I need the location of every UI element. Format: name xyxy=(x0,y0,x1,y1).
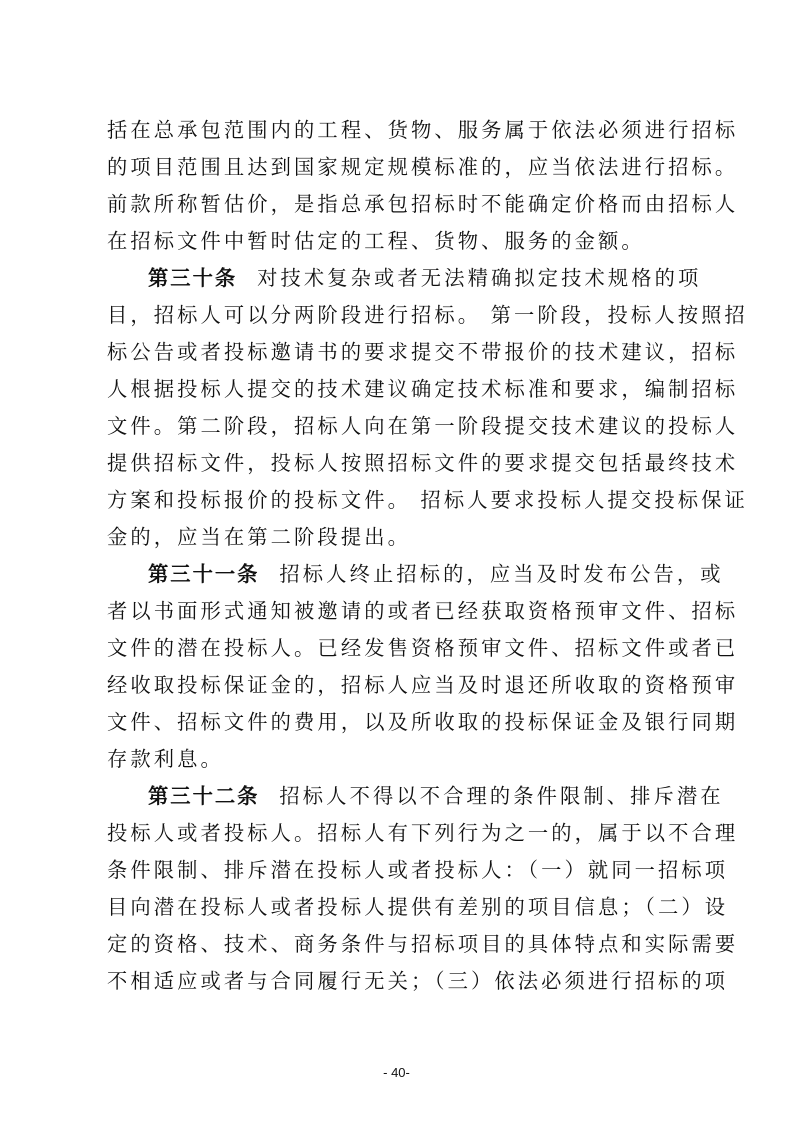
text-line: 括在总承包范围内的工程、货物、服务属于依法必须进行招标 xyxy=(107,112,691,149)
text-line: 存款利息。 xyxy=(107,741,691,778)
article-heading: 第三十一条 xyxy=(148,562,259,586)
article-text: 招标人不得以不合理的条件限制、排斥潜在 xyxy=(279,784,723,808)
article-first-line: 第三十二条招标人不得以不合理的条件限制、排斥潜在 xyxy=(107,778,691,815)
text-line: 条件限制、排斥潜在投标人或者投标人：（一）就同一招标项 xyxy=(107,852,691,889)
article-heading: 第三十二条 xyxy=(148,784,259,808)
text-line: 投标人或者投标人。招标人有下列行为之一的，属于以不合理 xyxy=(107,815,691,852)
article-heading: 第三十条 xyxy=(148,266,237,290)
text-line: 定的资格、技术、商务条件与招标项目的具体特点和实际需要 xyxy=(107,926,691,963)
article-text: 对技术复杂或者无法精确拟定技术规格的项 xyxy=(257,266,701,290)
text-line: 提供招标文件，投标人按照招标文件的要求提交包括最终技术 xyxy=(107,445,691,482)
text-line: 文件、招标文件的费用，以及所收取的投标保证金及银行同期 xyxy=(107,704,691,741)
text-line: 文件的潜在投标人。已经发售资格预审文件、招标文件或者已 xyxy=(107,630,691,667)
text-line: 不相适应或者与合同履行无关；（三）依法必须进行招标的项 xyxy=(107,963,691,1000)
text-line: 在招标文件中暂时估定的工程、货物、服务的金额。 xyxy=(107,223,691,260)
text-line: 金的，应当在第二阶段提出。 xyxy=(107,519,691,556)
text-line: 标公告或者投标邀请书的要求提交不带报价的技术建议，招标 xyxy=(107,334,691,371)
text-line: 文件。第二阶段，招标人向在第一阶段提交技术建议的投标人 xyxy=(107,408,691,445)
text-line: 方案和投标报价的投标文件。 招标人要求投标人提交投标保证 xyxy=(107,482,691,519)
document-body: 括在总承包范围内的工程、货物、服务属于依法必须进行招标 的项目范围且达到国家规定… xyxy=(107,112,691,1000)
text-line: 前款所称暂估价，是指总承包招标时不能确定价格而由招标人 xyxy=(107,186,691,223)
article-text: 招标人终止招标的，应当及时发布公告，或 xyxy=(279,562,723,586)
text-line: 目向潜在投标人或者投标人提供有差别的项目信息；（二）设 xyxy=(107,889,691,926)
text-line: 目，招标人可以分两阶段进行招标。 第一阶段，投标人按照招 xyxy=(107,297,691,334)
text-line: 的项目范围且达到国家规定规模标准的，应当依法进行招标。 xyxy=(107,149,691,186)
article-first-line: 第三十一条招标人终止招标的，应当及时发布公告，或 xyxy=(107,556,691,593)
text-line: 人根据投标人提交的技术建议确定技术标准和要求，编制招标 xyxy=(107,371,691,408)
page-number: - 40- xyxy=(0,1065,793,1080)
text-line: 者以书面形式通知被邀请的或者已经获取资格预审文件、招标 xyxy=(107,593,691,630)
text-line: 经收取投标保证金的，招标人应当及时退还所收取的资格预审 xyxy=(107,667,691,704)
article-first-line: 第三十条对技术复杂或者无法精确拟定技术规格的项 xyxy=(107,260,691,297)
